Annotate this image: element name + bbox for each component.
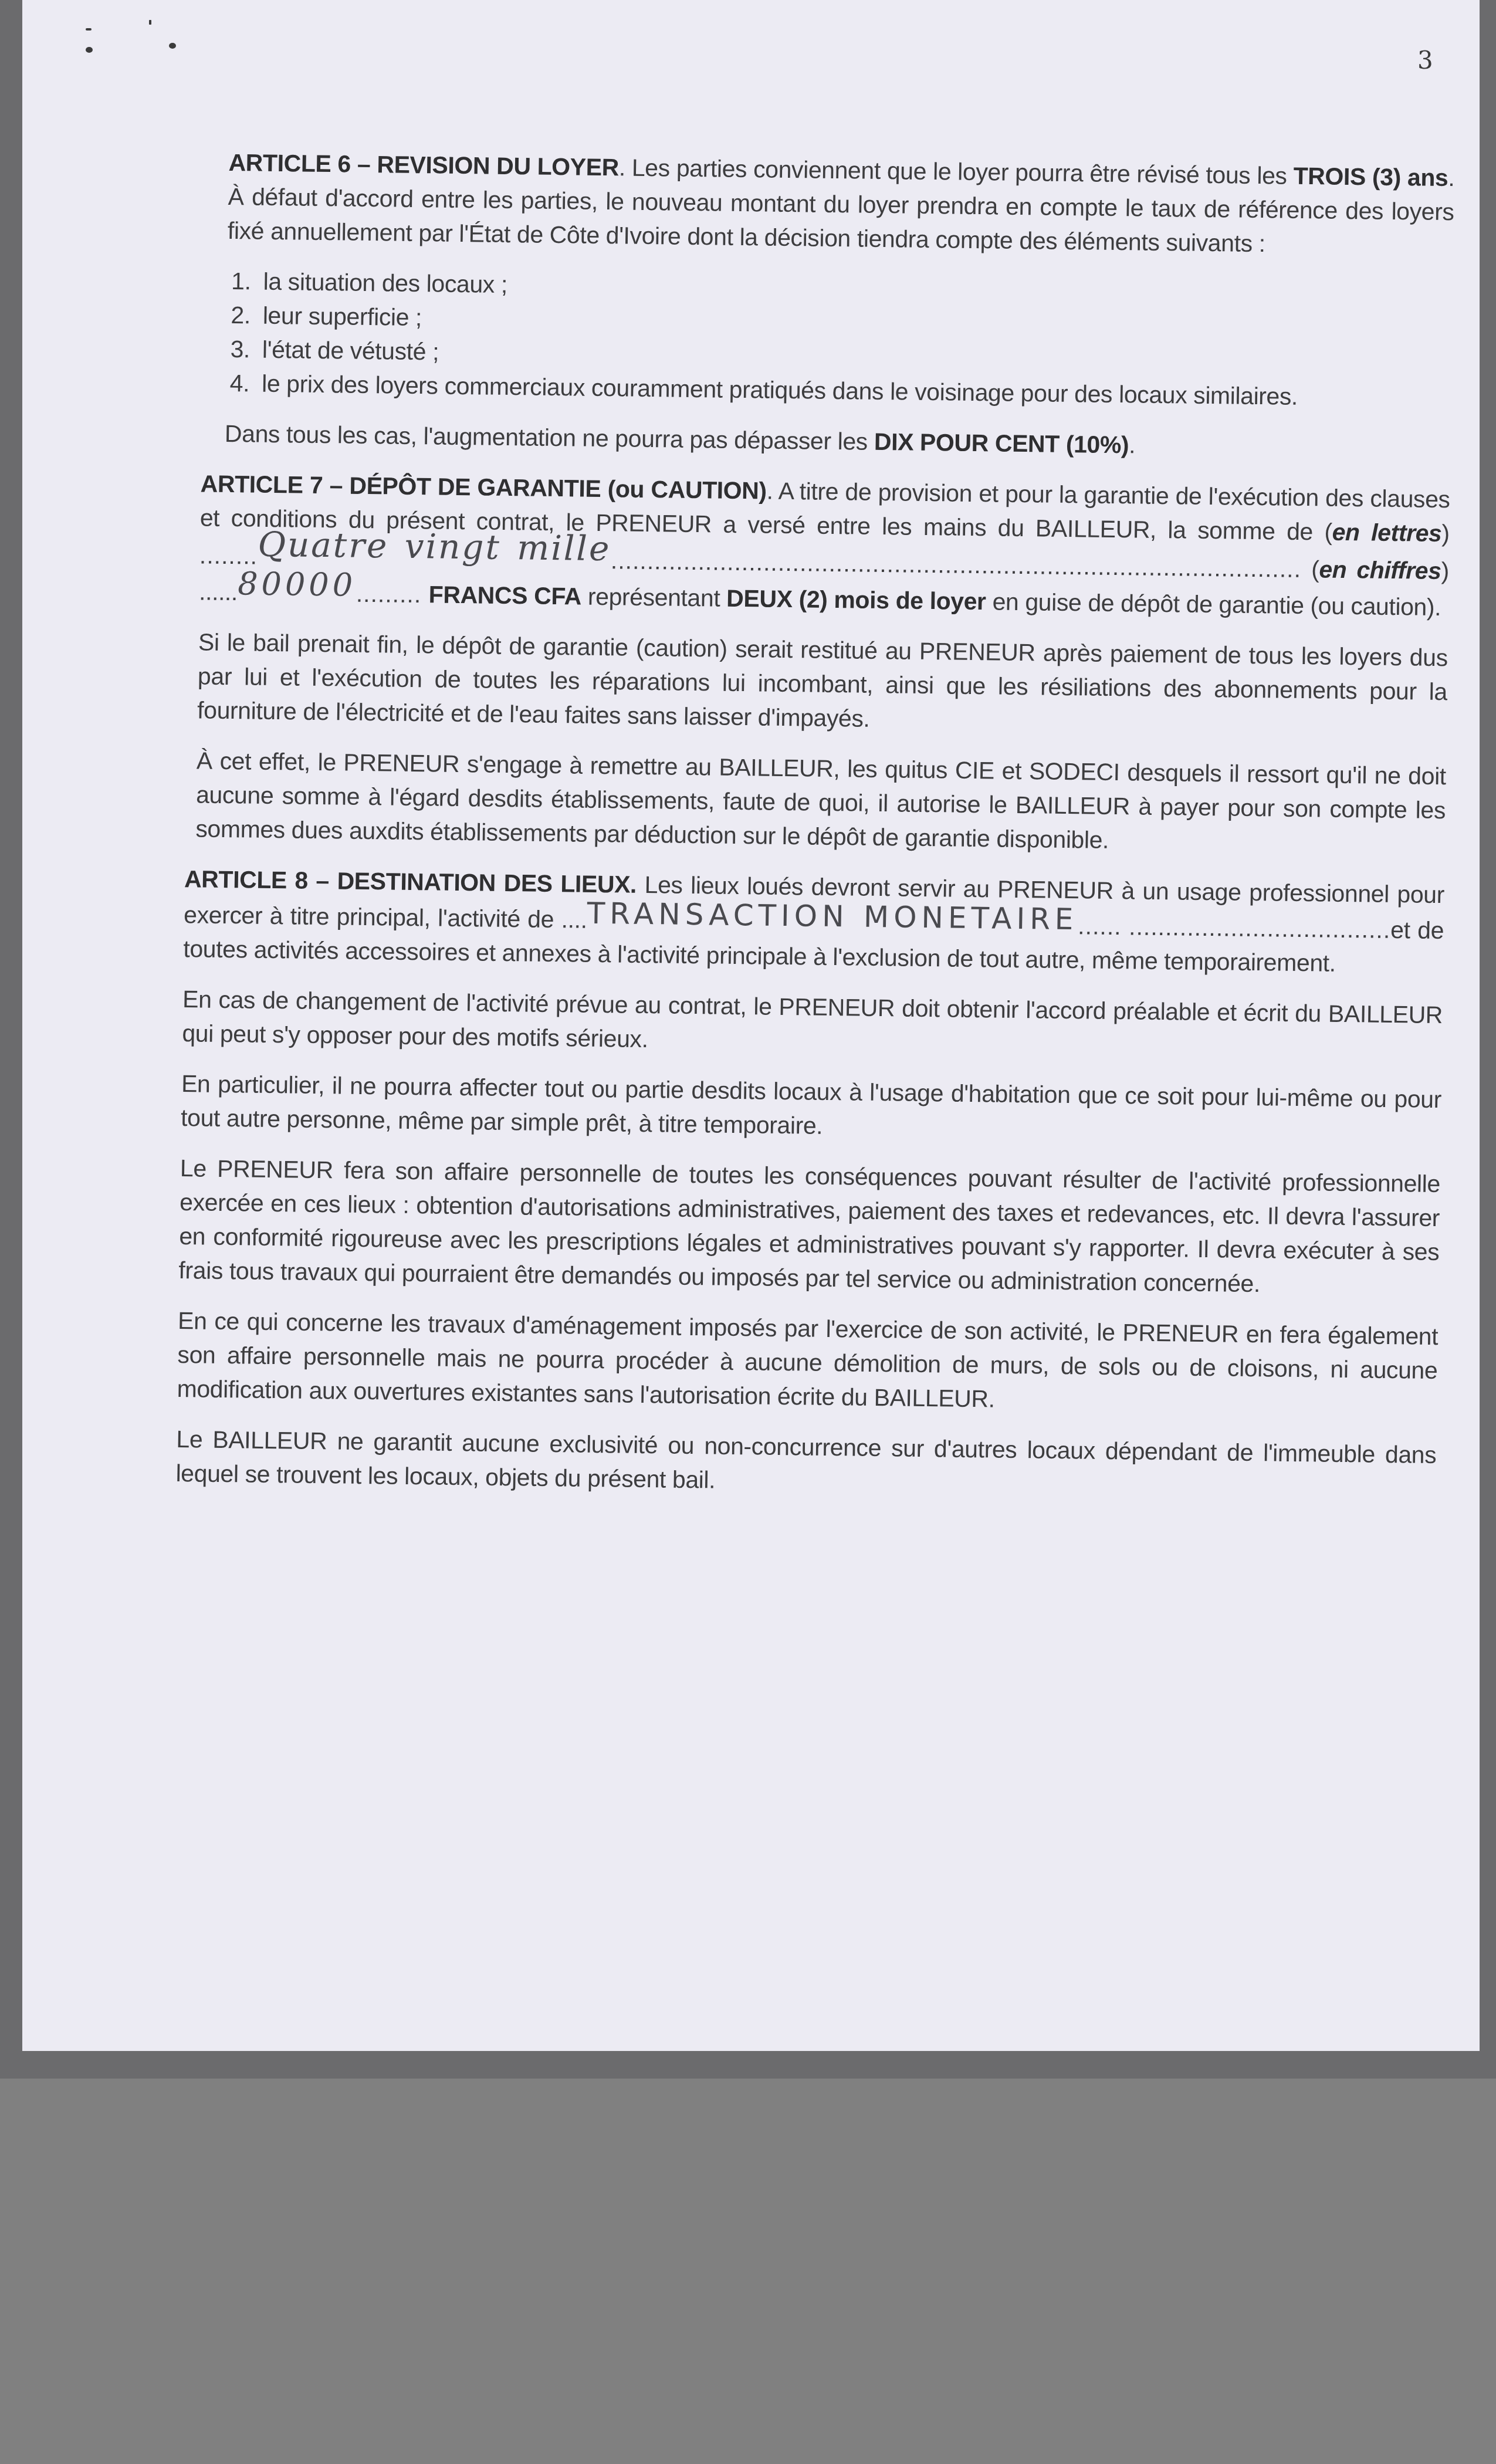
article-7-heading: ARTICLE 7 – DÉPÔT DE GARANTIE (ou CAUTIO… bbox=[200, 470, 767, 504]
no-exclusivity-paragraph: Le BAILLEUR ne garantit aucune exclusivi… bbox=[175, 1422, 1436, 1506]
article-8-heading: ARTICLE 8 – DESTINATION DES LIEUX. bbox=[184, 865, 637, 898]
page-number: 3 bbox=[1417, 46, 1433, 75]
article-6-intro: ARTICLE 6 – REVISION DU LOYER. Les parti… bbox=[228, 145, 1455, 263]
article-7: ARTICLE 7 – DÉPÔT DE GARANTIE (ou CAUTIO… bbox=[195, 466, 1450, 861]
scan-speck bbox=[169, 43, 176, 49]
deposit-refund-paragraph: Si le bail prenait fin, le dépôt de gara… bbox=[197, 625, 1448, 743]
article-8-intro: ARTICLE 8 – DESTINATION DES LIEUX. Les l… bbox=[183, 862, 1444, 981]
handwritten-amount-digits: 80000 bbox=[238, 565, 357, 604]
works-paragraph: En ce qui concerne les travaux d'aménage… bbox=[177, 1304, 1438, 1421]
handwritten-activity: TRANSACTION MONETAIRE bbox=[587, 896, 1078, 937]
article-7-intro: ARTICLE 7 – DÉPÔT DE GARANTIE (ou CAUTIO… bbox=[199, 466, 1450, 624]
utility-quitus-paragraph: À cet effet, le PRENEUR s'engage à remet… bbox=[195, 743, 1446, 861]
activity-change-paragraph: En cas de changement de l'activité prévu… bbox=[182, 982, 1443, 1066]
article-8: ARTICLE 8 – DESTINATION DES LIEUX. Les l… bbox=[175, 862, 1444, 1506]
article-6-heading: ARTICLE 6 – REVISION DU LOYER bbox=[228, 149, 619, 181]
revision-criteria-list: la situation des locaux ; leur superfici… bbox=[219, 264, 1453, 415]
scan-speck bbox=[86, 47, 93, 53]
residential-use-paragraph: En particulier, il ne pourra affecter to… bbox=[181, 1067, 1441, 1150]
scan-speck bbox=[86, 28, 92, 31]
tenant-responsibility-paragraph: Le PRENEUR fera son affaire personnelle … bbox=[178, 1151, 1440, 1303]
document-page: 3 ARTICLE 6 – REVISION DU LOYER. Les par… bbox=[22, 0, 1480, 2051]
handwritten-amount-letters: Quatre vingt mille bbox=[258, 524, 611, 569]
scan-speck bbox=[149, 20, 151, 25]
document-body: ARTICLE 6 – REVISION DU LOYER. Les parti… bbox=[209, 145, 1455, 1522]
article-6: ARTICLE 6 – REVISION DU LOYER. Les parti… bbox=[225, 145, 1455, 466]
increase-cap-paragraph: Dans tous les cas, l'augmentation ne pou… bbox=[225, 417, 1451, 466]
